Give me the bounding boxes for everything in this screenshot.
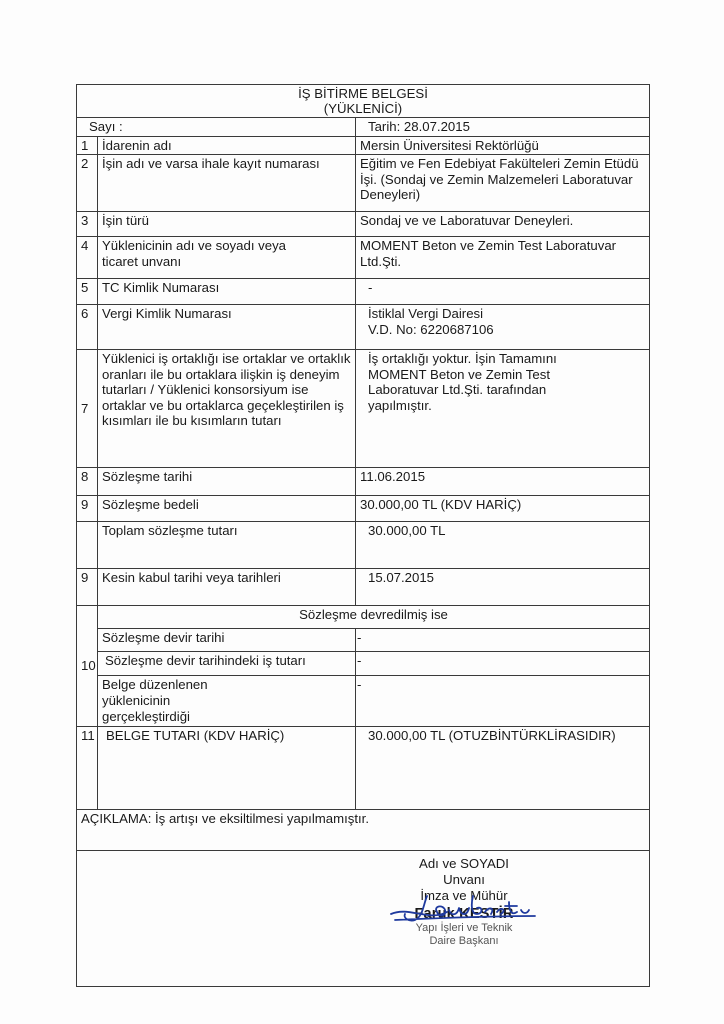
tarih-label: Tarih: 28.07.2015 (356, 118, 650, 137)
row-label: Sözleşme bedeli (98, 496, 356, 522)
total-value: 30.000,00 TL (OTUZBİNTÜRKLİRASIDIR) (356, 727, 650, 810)
row-number: 8 (77, 468, 98, 496)
row-value: Sondaj ve ve Laboratuvar Deneyleri. (356, 212, 650, 237)
transfer-label: Sözleşme devir tarihindeki iş tutarı (98, 652, 356, 676)
transfer-value: - (356, 629, 650, 652)
transfer-value: - (356, 652, 650, 676)
row-number: 6 (77, 305, 98, 350)
transfer-label: Belge düzenlenen yüklenicinin gerçekleşt… (98, 676, 356, 727)
document: İŞ BİTİRME BELGESİ (YÜKLENİCİ) Sayı : Ta… (76, 84, 649, 987)
row-number: 1 (77, 136, 98, 155)
total-label: BELGE TUTARI (KDV HARİÇ) (98, 727, 356, 810)
row-number: 5 (77, 279, 98, 305)
row-label: Kesin kabul tarihi veya tarihleri (98, 569, 356, 606)
signature-block: Adı ve SOYADI Unvanı İmza ve Mühür Faruk… (399, 852, 529, 948)
form-subtitle: (YÜKLENİCİ) (81, 101, 645, 116)
row-value: 30.000,00 TL (KDV HARİÇ) (356, 496, 650, 522)
note: AÇIKLAMA: İş artışı ve eksiltilmesi yapı… (77, 810, 650, 851)
row-value: 30.000,00 TL (356, 522, 650, 569)
form-title-cell: İŞ BİTİRME BELGESİ (YÜKLENİCİ) (77, 85, 650, 118)
row-value: İstiklal Vergi Dairesi V.D. No: 62206871… (356, 305, 650, 350)
transfer-header: Sözleşme devredilmiş ise (98, 606, 650, 629)
row-number: 9 (77, 569, 98, 606)
signature-name-caption: Adı ve SOYADI (399, 856, 529, 872)
row-number: 3 (77, 212, 98, 237)
tax-number: V.D. No: 6220687106 (368, 322, 645, 338)
row-value: 15.07.2015 (356, 569, 650, 606)
form-title: İŞ BİTİRME BELGESİ (81, 86, 645, 101)
sayi-label: Sayı : (77, 118, 356, 137)
signature-area: Adı ve SOYADI Unvanı İmza ve Mühür Faruk… (77, 851, 650, 987)
row-number: 4 (77, 237, 98, 279)
row-label: Yüklenici iş ortaklığı ise ortaklar ve o… (98, 350, 356, 468)
row-number: 7 (77, 350, 98, 468)
row-number: 2 (77, 155, 98, 212)
stamp-line-2: Daire Başkanı (399, 935, 529, 948)
signature-title-caption: Unvanı (399, 872, 529, 888)
row-value: İş ortaklığı yoktur. İşin Tamamını MOMEN… (356, 350, 650, 468)
row-number: 10 (77, 606, 98, 727)
row-label: İşin adı ve varsa ihale kayıt numarası (98, 155, 356, 212)
row-value: Eğitim ve Fen Edebiyat Fakülteleri Zemin… (356, 155, 650, 212)
handwritten-signature-icon (389, 892, 539, 926)
row-number: 9 (77, 496, 98, 522)
tax-office: İstiklal Vergi Dairesi (368, 306, 645, 322)
row-label: TC Kimlik Numarası (98, 279, 356, 305)
row-label: İdarenin adı (98, 136, 356, 155)
row-label: İşin türü (98, 212, 356, 237)
work-completion-form: İŞ BİTİRME BELGESİ (YÜKLENİCİ) Sayı : Ta… (76, 84, 650, 987)
row-value: MOMENT Beton ve Zemin Test Laboratuvar L… (356, 237, 650, 279)
transfer-value: - (356, 676, 650, 727)
row-label: Vergi Kimlik Numarası (98, 305, 356, 350)
row-value: Mersin Üniversitesi Rektörlüğü (356, 136, 650, 155)
row-value: 11.06.2015 (356, 468, 650, 496)
row-label: Toplam sözleşme tutarı (98, 522, 356, 569)
transfer-label: Sözleşme devir tarihi (98, 629, 356, 652)
row-label: Sözleşme tarihi (98, 468, 356, 496)
row-number: 11 (77, 727, 98, 810)
row-number (77, 522, 98, 569)
row-label: Yüklenicinin adı ve soyadı veya ticaret … (98, 237, 356, 279)
row-value: - (356, 279, 650, 305)
